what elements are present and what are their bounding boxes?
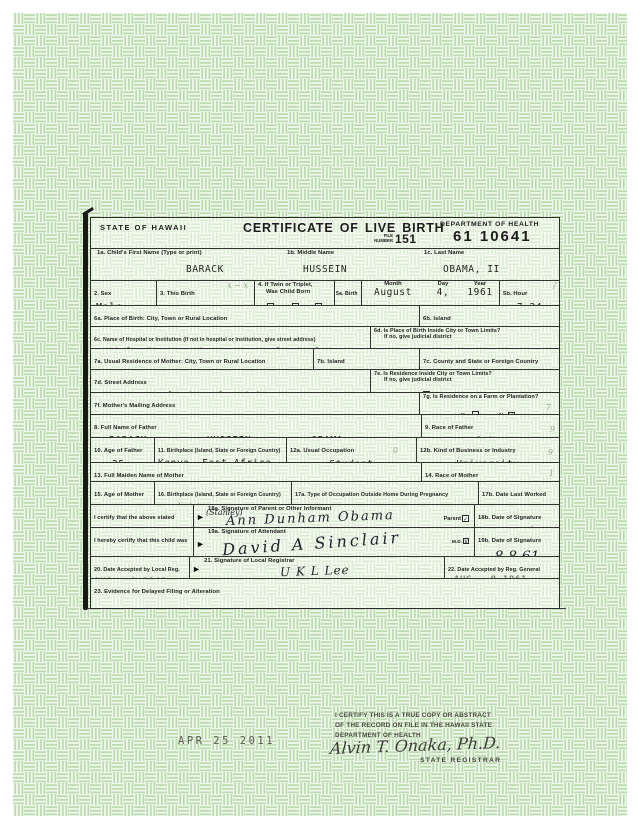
field-7f-label: 7f. Mother's Mailing Address bbox=[94, 403, 175, 409]
row-father-details: 10. Age of Father 25 11. Birthplace (Isl… bbox=[91, 437, 559, 462]
certify-statement-19: I hereby certify that this child was bor… bbox=[91, 528, 193, 556]
field-1a-value: BARACK bbox=[186, 264, 224, 275]
certify-text-19: I hereby certify that this child was bor… bbox=[94, 538, 187, 556]
pencil-mark: x ~ x bbox=[227, 281, 248, 290]
field-15-mother-age: 15. Age of Mother 18 bbox=[91, 482, 154, 504]
field-21-label: 21. Signature of Local Registrar bbox=[204, 558, 295, 565]
field-10-label: 10. Age of Father bbox=[94, 448, 143, 454]
field-5a-labelbox: 5a. Birth Date bbox=[335, 281, 362, 305]
row-parent-signature: I certify that the above stated informat… bbox=[91, 504, 559, 527]
field-3-label: 3. This Birth bbox=[160, 291, 195, 297]
field-6a-place: 6a. Place of Birth: City, Town or Rural … bbox=[91, 306, 419, 326]
field-7a-residence: 7a. Usual Residence of Mother: City, Tow… bbox=[91, 349, 313, 369]
field-13-mother-name: 13. Full Maiden Name of Mother STANLEY A… bbox=[91, 463, 421, 481]
certify-text-18: I certify that the above stated informat… bbox=[94, 515, 185, 527]
row-registrar: 20. Date Accepted by Local Reg. AUG - 8 … bbox=[91, 556, 559, 578]
field-21-local-registrar: 21. Signature of Local Registrar ► U K L… bbox=[189, 557, 444, 578]
field-18b-date: 18b. Date of Signature 8-7-61 bbox=[474, 505, 559, 527]
field-14-mother-race: 14. Race of Mother Caucasian 1 bbox=[421, 463, 559, 481]
book-spine-edge bbox=[83, 213, 88, 610]
file-number-value: 151 bbox=[395, 232, 417, 246]
field-7g-checkboxes: Yes NoX 7 bbox=[461, 404, 556, 414]
signature-arrow-icon: ► bbox=[192, 565, 201, 574]
field-7f-mailing: 7f. Mother's Mailing Address bbox=[91, 393, 419, 414]
field-18a-parent-signature: 18a. Signature of Parent or Other Inform… bbox=[193, 505, 474, 527]
certify-statement-18: I certify that the above stated informat… bbox=[91, 505, 193, 527]
field-11-label: 11. Birthplace (Island, State or Foreign… bbox=[158, 448, 281, 454]
md-checkbox: X bbox=[463, 538, 469, 544]
field-5a-birth-date: 5a. Birth Date Month August Day 4, Year … bbox=[334, 281, 499, 305]
field-4-label-line1: 4. If Twin or Triplet, bbox=[258, 282, 331, 289]
document-page: STATE OF HAWAII CERTIFICATE OF LIVE BIRT… bbox=[0, 0, 640, 829]
field-7e-city-limits: 7e. Is Residence Inside City or Town Lim… bbox=[370, 370, 559, 392]
row-mother-name: 13. Full Maiden Name of Mother STANLEY A… bbox=[91, 462, 559, 481]
field-4-checkboxes: 1st 2nd 3rd bbox=[258, 296, 331, 305]
field-22-label: 22. Date Accepted by Reg. General bbox=[448, 567, 540, 573]
field-16-label: 16. Birthplace (Island, State or Foreign… bbox=[158, 492, 281, 498]
certificate-number: 61 10641 bbox=[453, 228, 532, 245]
file-number-block: FILE NUMBER 151 bbox=[371, 232, 417, 246]
field-4-twin-order: 4. If Twin or Triplet, Was Child Born 1s… bbox=[254, 281, 334, 305]
field-7c-county: 7c. County and State or Foreign Country … bbox=[419, 349, 559, 369]
field-7a-label: 7a. Usual Residence of Mother: City, Tow… bbox=[94, 359, 266, 365]
field-17a-occupation: 17a. Type of Occupation Outside Home Dur… bbox=[291, 482, 478, 504]
field-18b-label: 18b. Date of Signature bbox=[478, 515, 541, 521]
child-name-cell: 1a. Child's First Name (Type or print) 1… bbox=[91, 249, 559, 280]
field-18a-checkboxes: Parent✓ Other bbox=[444, 507, 471, 527]
field-16-mother-birthplace: 16. Birthplace (Island, State or Foreign… bbox=[154, 482, 291, 504]
field-19b-date: 19b. Date of Signature 8-8-61 bbox=[474, 528, 559, 556]
field-5b-label: 5b. Hour bbox=[503, 291, 527, 297]
field-12a-label: 12a. Usual Occupation bbox=[290, 448, 354, 454]
file-number-label: FILE NUMBER bbox=[371, 234, 393, 244]
field-6b-island: 6b. Island Oahu bbox=[419, 306, 559, 326]
day-value: 4, bbox=[424, 287, 462, 298]
row-attendant-signature: I hereby certify that this child was bor… bbox=[91, 527, 559, 556]
field-6b-label: 6b. Island bbox=[423, 316, 451, 322]
field-11-father-birthplace: 11. Birthplace (Island, State or Foreign… bbox=[154, 438, 286, 462]
field-6c-label: 6c. Name of Hospital or Institution (If … bbox=[94, 337, 316, 343]
pencil-mark: 7 bbox=[546, 403, 551, 412]
field-6c-hospital: 6c. Name of Hospital or Institution (If … bbox=[91, 327, 370, 348]
field-13-label: 13. Full Maiden Name of Mother bbox=[94, 473, 184, 479]
field-12b-business: 12b. Kind of Business or Industry Univer… bbox=[416, 438, 559, 462]
state-name: STATE OF HAWAII bbox=[100, 223, 187, 232]
field-17b-label: 17b. Date Last Worked bbox=[482, 492, 546, 498]
row-mailing-address: 7f. Mother's Mailing Address 7g. Is Resi… bbox=[91, 392, 559, 414]
field-7b-island: 7b. Island Oahu bbox=[313, 349, 419, 369]
field-22-general-date: 22. Date Accepted by Reg. General AUG - … bbox=[444, 557, 559, 578]
field-1c-value: OBAMA, II bbox=[443, 264, 500, 275]
row-child-name: 1a. Child's First Name (Type or print) 1… bbox=[91, 248, 559, 280]
field-2-sex: 2. Sex Male bbox=[91, 281, 156, 305]
field-10-father-age: 10. Age of Father 25 bbox=[91, 438, 154, 462]
field-19b-label: 19b. Date of Signature bbox=[478, 538, 541, 544]
field-5a-label: 5a. Birth Date bbox=[336, 291, 358, 305]
received-date-stamp: APR 25 2011 bbox=[178, 735, 275, 747]
birth-year: Year 1961 bbox=[462, 281, 498, 305]
field-12b-label: 12b. Kind of Business or Industry bbox=[420, 448, 516, 454]
row-father-name: 8. Full Name of Father BARACK HUSSEIN OB… bbox=[91, 414, 559, 437]
row-mother-residence: 7a. Usual Residence of Mother: City, Tow… bbox=[91, 348, 559, 369]
field-7g-label: 7g. Is Residence on a Farm or Plantation… bbox=[423, 394, 556, 401]
row-sex-birthdate: 2. Sex Male 3. This Birth x ~ x SingleX … bbox=[91, 280, 559, 305]
field-1b-label: 1b. Middle Name bbox=[287, 250, 334, 257]
birth-day: Day 4, bbox=[424, 281, 462, 305]
field-2-label: 2. Sex bbox=[94, 291, 111, 297]
row-hospital: 6c. Name of Hospital or Institution (If … bbox=[91, 326, 559, 348]
field-9-father-race: 9. Race of Father African 9 bbox=[421, 415, 559, 437]
year-value: 1961 bbox=[462, 287, 498, 298]
field-7c-label: 7c. County and State or Foreign Country bbox=[423, 359, 538, 365]
field-7d-street: 7d. Street Address 6085 Kalanianaole Hig… bbox=[91, 370, 370, 392]
field-19a-checkboxes: M.D.X D.O. Midwife Other bbox=[444, 529, 471, 556]
row-mother-details: 15. Age of Mother 18 16. Birthplace (Isl… bbox=[91, 481, 559, 504]
signature-arrow-icon: ► bbox=[196, 540, 205, 549]
field-3-this-birth: 3. This Birth x ~ x SingleX Twin Triplet bbox=[156, 281, 254, 305]
field-12a-occupation: 12a. Usual Occupation Student 0 bbox=[286, 438, 416, 462]
field-23-label: 23. Evidence for Delayed Filing or Alter… bbox=[94, 589, 220, 595]
field-6a-label: 6a. Place of Birth: City, Town or Rural … bbox=[94, 316, 227, 322]
form-header: STATE OF HAWAII CERTIFICATE OF LIVE BIRT… bbox=[91, 218, 559, 248]
row-street-address: 7d. Street Address 6085 Kalanianaole Hig… bbox=[91, 369, 559, 392]
field-1b-value: HUSSEIN bbox=[303, 264, 347, 275]
field-17b-date-worked: 17b. Date Last Worked bbox=[478, 482, 559, 504]
field-6d-city-limits: 6d. Is Place of Birth Inside City or Tow… bbox=[370, 327, 559, 348]
department-name: DEPARTMENT OF HEALTH bbox=[440, 221, 539, 228]
local-registrar-signature: U K L Lee bbox=[280, 563, 350, 578]
row-place-of-birth: 6a. Place of Birth: City, Town or Rural … bbox=[91, 305, 559, 326]
pencil-mark: / bbox=[553, 281, 556, 290]
field-20-local-date: 20. Date Accepted by Local Reg. AUG - 8 … bbox=[91, 557, 189, 578]
field-9-label: 9. Race of Father bbox=[425, 425, 473, 431]
pencil-mark: 1 bbox=[549, 469, 554, 478]
parent-checkbox: ✓ bbox=[462, 515, 469, 522]
parent-label: Parent bbox=[444, 516, 461, 522]
field-14-label: 14. Race of Mother bbox=[425, 473, 478, 479]
field-23-evidence: 23. Evidence for Delayed Filing or Alter… bbox=[91, 579, 559, 607]
field-4-label-line2: Was Child Born bbox=[266, 289, 331, 296]
pencil-mark: 9 bbox=[550, 425, 555, 434]
field-20-label: 20. Date Accepted by Local Reg. bbox=[94, 567, 180, 573]
field-19b-value: 8-8-61 bbox=[478, 549, 556, 556]
birth-certificate-form: STATE OF HAWAII CERTIFICATE OF LIVE BIRT… bbox=[90, 217, 560, 609]
field-8-father-name: 8. Full Name of Father BARACK HUSSEIN OB… bbox=[91, 415, 421, 437]
field-17a-label: 17a. Type of Occupation Outside Home Dur… bbox=[295, 492, 448, 498]
field-7d-label: 7d. Street Address bbox=[94, 380, 147, 386]
field-1c-label: 1c. Last Name bbox=[424, 250, 464, 257]
pencil-mark: 9 bbox=[548, 448, 553, 457]
field-6d-checkboxes: YesX No bbox=[384, 341, 556, 348]
field-8-label: 8. Full Name of Father bbox=[94, 425, 157, 431]
state-registrar-title: STATE REGISTRAR bbox=[420, 757, 501, 764]
signature-arrow-icon: ► bbox=[196, 513, 205, 522]
row-evidence: 23. Evidence for Delayed Filing or Alter… bbox=[91, 578, 559, 607]
pencil-mark: 0 bbox=[393, 446, 398, 455]
md-label: M.D. bbox=[452, 540, 462, 545]
field-5b-hour: 5b. Hour / 7:24 P.M. bbox=[499, 281, 559, 305]
field-15-label: 15. Age of Mother bbox=[94, 492, 144, 498]
month-value: August bbox=[362, 287, 424, 298]
field-7g-farm: 7g. Is Residence on a Farm or Plantation… bbox=[419, 393, 559, 414]
field-1a-label: 1a. Child's First Name (Type or print) bbox=[97, 250, 202, 257]
field-7e-checkboxes: YesX No bbox=[384, 384, 556, 392]
birth-month: Month August bbox=[362, 281, 424, 305]
field-19a-attendant-signature: 19a. Signature of Attendant ► David A Si… bbox=[193, 528, 474, 556]
field-19a-label: 19a. Signature of Attendant bbox=[208, 529, 286, 536]
field-7b-label: 7b. Island bbox=[317, 359, 345, 365]
